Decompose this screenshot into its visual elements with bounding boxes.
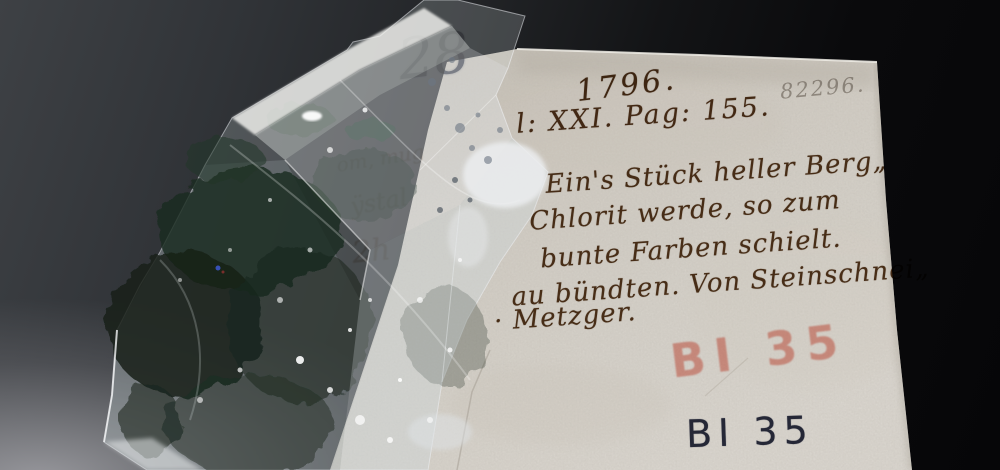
scribble-through-crystal-1: om, mug [335,139,426,177]
catalog-number-red-crayon: BI 35 [667,313,849,388]
scribble-through-crystal-2: ÿstal [348,183,410,221]
pencil-inventory-number: 82296. [779,72,866,103]
label-corner-number: 28 [394,20,473,93]
handwriting-layer: 1796. l: XXI. Pag: 155. Ein's Stück hell… [0,0,1000,470]
scribble-through-crystal-3: 2h [350,232,392,271]
catalog-number-dark-ink: BI 35 [685,408,814,456]
photo-stage: 1796. l: XXI. Pag: 155. Ein's Stück hell… [0,0,1000,470]
